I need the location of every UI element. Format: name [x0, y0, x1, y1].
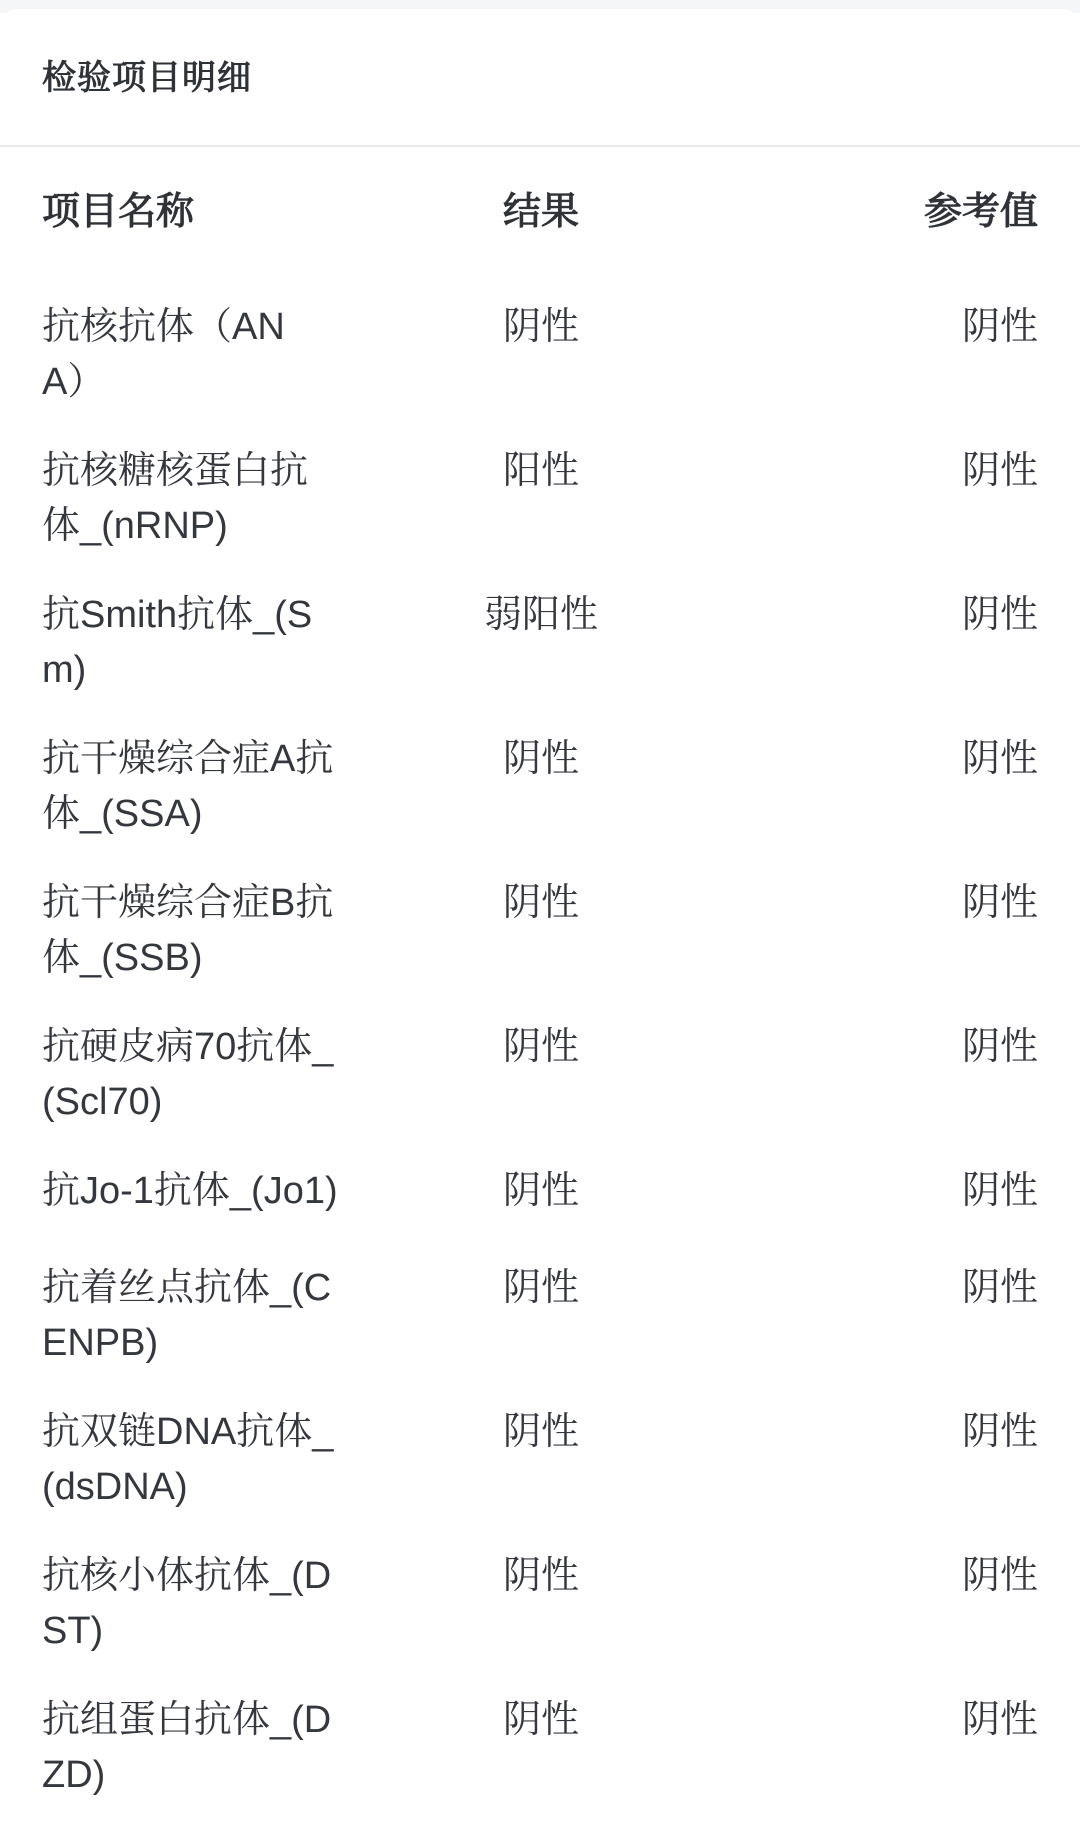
item-name-cell: 抗组蛋白抗体_(D ZD)	[42, 1693, 342, 1803]
item-name-cell: 抗干燥综合症A抗 体_(SSA)	[42, 732, 342, 842]
item-name-cell: 抗双链DNA抗体_ (dsDNA)	[42, 1405, 342, 1515]
table-row: 抗硬皮病70抗体_ (Scl70) 阴性 阴性	[42, 1020, 1038, 1130]
table-row: 抗着丝点抗体_(C ENPB) 阴性 阴性	[42, 1261, 1038, 1371]
item-name-cell: 抗核小体抗体_(D ST)	[42, 1549, 342, 1659]
item-name-cell: 抗Jo-1抗体_(Jo1)	[42, 1164, 342, 1219]
reference-cell: 阴性	[740, 1405, 1038, 1515]
table-row: 抗Jo-1抗体_(Jo1) 阴性 阴性	[42, 1164, 1038, 1219]
table-row: 抗Smith抗体_(S m) 弱阳性 阴性	[42, 588, 1038, 698]
reference-cell: 阴性	[740, 1020, 1038, 1130]
result-cell: 阴性	[342, 1261, 740, 1371]
reference-cell: 阴性	[740, 876, 1038, 986]
column-header-name: 项目名称	[42, 185, 342, 240]
reference-cell: 阴性	[740, 1261, 1038, 1371]
reference-cell: 阴性	[740, 732, 1038, 842]
column-header-reference: 参考值	[740, 185, 1038, 240]
panel-title: 检验项目明细	[42, 56, 1038, 100]
result-cell: 阴性	[342, 1405, 740, 1515]
test-items-table: 项目名称 结果 参考值 抗核抗体（AN A） 阴性 阴性 抗核糖核蛋白抗 体_(…	[0, 147, 1080, 1831]
table-row: 抗核小体抗体_(D ST) 阴性 阴性	[42, 1549, 1038, 1659]
item-name-cell: 抗核糖核蛋白抗 体_(nRNP)	[42, 444, 342, 554]
panel-header: 检验项目明细	[0, 9, 1080, 147]
column-header-result: 结果	[342, 185, 740, 240]
reference-cell: 阴性	[740, 1693, 1038, 1803]
reference-cell: 阴性	[740, 300, 1038, 410]
result-cell: 阴性	[342, 1549, 740, 1659]
result-cell: 阴性	[342, 1693, 740, 1803]
result-cell: 阴性	[342, 1020, 740, 1130]
result-cell: 阳性	[342, 444, 740, 554]
result-cell: 阴性	[342, 1164, 740, 1219]
table-header-row: 项目名称 结果 参考值	[42, 147, 1038, 240]
result-cell: 弱阳性	[342, 588, 740, 698]
item-name-cell: 抗着丝点抗体_(C ENPB)	[42, 1261, 342, 1371]
table-row: 抗干燥综合症A抗 体_(SSA) 阴性 阴性	[42, 732, 1038, 842]
item-name-cell: 抗核抗体（AN A）	[42, 300, 342, 410]
item-name-cell: 抗Smith抗体_(S m)	[42, 588, 342, 698]
table-row: 抗核抗体（AN A） 阴性 阴性	[42, 300, 1038, 410]
result-cell: 阴性	[342, 732, 740, 842]
reference-cell: 阴性	[740, 588, 1038, 698]
item-name-cell: 抗干燥综合症B抗 体_(SSB)	[42, 876, 342, 986]
table-row: 抗双链DNA抗体_ (dsDNA) 阴性 阴性	[42, 1405, 1038, 1515]
table-row: 抗干燥综合症B抗 体_(SSB) 阴性 阴性	[42, 876, 1038, 986]
reference-cell: 阴性	[740, 1549, 1038, 1659]
reference-cell: 阴性	[740, 1164, 1038, 1219]
result-cell: 阴性	[342, 300, 740, 410]
lab-report-panel: 检验项目明细 项目名称 结果 参考值 抗核抗体（AN A） 阴性 阴性 抗核糖核…	[0, 9, 1080, 1831]
table-row: 抗核糖核蛋白抗 体_(nRNP) 阳性 阴性	[42, 444, 1038, 554]
result-cell: 阴性	[342, 876, 740, 986]
item-name-cell: 抗硬皮病70抗体_ (Scl70)	[42, 1020, 342, 1130]
table-row: 抗组蛋白抗体_(D ZD) 阴性 阴性	[42, 1693, 1038, 1803]
reference-cell: 阴性	[740, 444, 1038, 554]
